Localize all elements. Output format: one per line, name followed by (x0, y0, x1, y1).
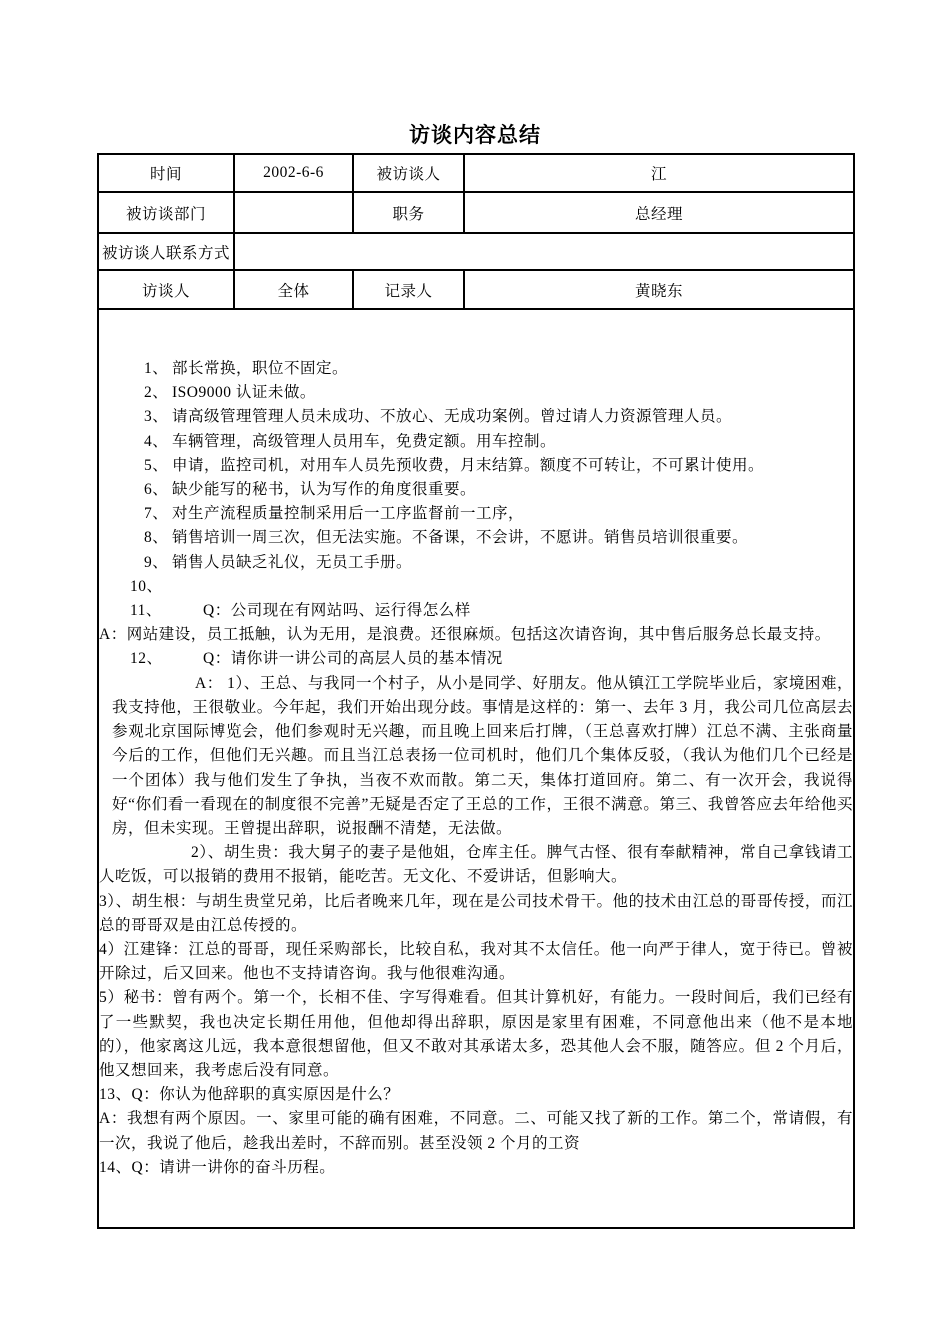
document-page: 访谈内容总结 时间 2002-6-6 被访谈人 江 被访谈部门 职务 总经理 被… (0, 0, 950, 1344)
item-text: ISO9000 认证未做。 (172, 384, 316, 401)
item-text: 13、Q：你认为他辞职的真实原因是什么？ (99, 1086, 399, 1103)
item-text: 对生产流程质量控制采用后一工序监督前一工序， (172, 505, 524, 522)
content-line: 2、ISO9000 认证未做。 (99, 381, 853, 405)
content-line: A： 1）、王总、与我同一个村子，从小是同学、好朋友。他从镇江工学院毕业后，家境… (112, 672, 853, 841)
interviewee-value: 江 (464, 154, 854, 192)
position-value: 总经理 (464, 192, 854, 233)
department-value (234, 192, 353, 233)
content-line: 8、销售培训一周三次，但无法实施。不备课，不会讲，不愿讲。销售员培训很重要。 (99, 526, 853, 550)
interview-summary-table: 时间 2002-6-6 被访谈人 江 被访谈部门 职务 总经理 被访谈人联系方式… (97, 153, 855, 1229)
item-text: 5）秘书：曾有两个。第一个，长相不佳、字写得难看。但其计算机好，有能力。一段时间… (99, 989, 853, 1079)
content-line: 2）、胡生贵：我大舅子的妻子是他姐，仓库主任。脾气古怪、很有奉献精神，常自己拿钱… (99, 841, 853, 889)
recorder-value: 黄晓东 (464, 270, 854, 309)
item-text: 部长常换，职位不固定。 (172, 360, 348, 377)
item-text: 销售培训一周三次，但无法实施。不备课，不会讲，不愿讲。销售员培训很重要。 (172, 529, 748, 546)
item-text: A：网站建设，员工抵触，认为无用，是浪费。还很麻烦。包括这次请咨询，其中售后服务… (99, 626, 831, 643)
content-line: 4）江建锋：江总的哥哥，现任采购部长，比较自私，我对其不太信任。他一向严于律人，… (99, 938, 853, 986)
item-text: 3）、胡生根：与胡生贵堂兄弟，比后者晚来几年，现在是公司技术骨干。他的技术由江总… (99, 893, 853, 934)
content-line: A：网站建设，员工抵触，认为无用，是浪费。还很麻烦。包括这次请咨询，其中售后服务… (99, 623, 853, 647)
content-line: 13、Q：你认为他辞职的真实原因是什么？ (99, 1083, 853, 1107)
content-line: 6、缺少能写的秘书，认为写作的角度很重要。 (99, 478, 853, 502)
content-line: 3、请高级管理管理人员未成功、不放心、无成功案例。曾过请人力资源管理人员。 (99, 405, 853, 429)
item-text: A： 1）、王总、与我同一个村子，从小是同学、好朋友。他从镇江工学院毕业后，家境… (112, 675, 853, 837)
table-row: 时间 2002-6-6 被访谈人 江 (98, 154, 854, 192)
table-row: 访谈人 全体 记录人 黄晓东 (98, 270, 854, 309)
item-text: 申请，监控司机，对用车人员先预收费，月末结算。额度不可转让，不可累计使用。 (172, 457, 764, 474)
recorder-label: 记录人 (353, 270, 464, 309)
content-line: 9、销售人员缺乏礼仪，无员工手册。 (99, 551, 853, 575)
item-number: 10、 (130, 578, 163, 595)
item-number: 11、 (130, 599, 203, 623)
time-value: 2002-6-6 (234, 154, 353, 192)
table-row: 1、部长常换，职位不固定。2、ISO9000 认证未做。3、请高级管理管理人员未… (98, 309, 854, 1228)
content-line: 4、车辆管理，高级管理人员用车，免费定额。用车控制。 (99, 430, 853, 454)
question-label: Q： (203, 650, 231, 667)
item-text: 4）江建锋：江总的哥哥，现任采购部长，比较自私，我对其不太信任。他一向严于律人，… (99, 941, 853, 982)
item-number: 1、 (144, 357, 172, 381)
item-number: 9、 (144, 551, 172, 575)
item-number: 2、 (144, 381, 172, 405)
content-line: 5、申请，监控司机，对用车人员先预收费，月末结算。额度不可转让，不可累计使用。 (99, 454, 853, 478)
question-label: Q： (203, 602, 231, 619)
position-label: 职务 (353, 192, 464, 233)
content-line: 5）秘书：曾有两个。第一个，长相不佳、字写得难看。但其计算机好，有能力。一段时间… (99, 986, 853, 1083)
item-number: 8、 (144, 526, 172, 550)
department-label: 被访谈部门 (98, 192, 234, 233)
item-text: 公司现在有网站吗、运行得怎么样 (231, 602, 471, 619)
item-text: 车辆管理，高级管理人员用车，免费定额。用车控制。 (172, 433, 556, 450)
interviewer-label: 访谈人 (98, 270, 234, 309)
item-number: 7、 (144, 502, 172, 526)
table-row: 被访谈部门 职务 总经理 (98, 192, 854, 233)
item-number: 12、 (130, 647, 203, 671)
content-line: 12、Q：请你讲一讲公司的高层人员的基本情况 (99, 647, 853, 671)
item-number: 6、 (144, 478, 172, 502)
item-number: 5、 (144, 454, 172, 478)
content-line: 14、Q：请讲一讲你的奋斗历程。 (99, 1156, 853, 1180)
item-text: 销售人员缺乏礼仪，无员工手册。 (172, 554, 412, 571)
content-line: 11、Q：公司现在有网站吗、运行得怎么样 (99, 599, 853, 623)
contact-label: 被访谈人联系方式 (98, 233, 234, 270)
item-text: 14、Q：请讲一讲你的奋斗历程。 (99, 1159, 335, 1176)
interviewer-value: 全体 (234, 270, 353, 309)
table-row: 被访谈人联系方式 (98, 233, 854, 270)
item-text: 请你讲一讲公司的高层人员的基本情况 (231, 650, 503, 667)
interviewee-label: 被访谈人 (353, 154, 464, 192)
content-line: A：我想有两个原因。一、家里可能的确有困难，不同意。二、可能又找了新的工作。第二… (99, 1107, 853, 1155)
content-line: 7、对生产流程质量控制采用后一工序监督前一工序， (99, 502, 853, 526)
content-cell: 1、部长常换，职位不固定。2、ISO9000 认证未做。3、请高级管理管理人员未… (98, 309, 854, 1228)
item-number: 3、 (144, 405, 172, 429)
content-line: 3）、胡生根：与胡生贵堂兄弟，比后者晚来几年，现在是公司技术骨干。他的技术由江总… (99, 890, 853, 938)
content-line: 10、 (99, 575, 853, 599)
item-text: 2）、胡生贵：我大舅子的妻子是他姐，仓库主任。脾气古怪、很有奉献精神，常自己拿钱… (99, 844, 853, 885)
item-number: 4、 (144, 430, 172, 454)
time-label: 时间 (98, 154, 234, 192)
content-line: 1、部长常换，职位不固定。 (99, 357, 853, 381)
item-text: 缺少能写的秘书，认为写作的角度很重要。 (172, 481, 476, 498)
page-title: 访谈内容总结 (0, 0, 950, 153)
item-text: A：我想有两个原因。一、家里可能的确有困难，不同意。二、可能又找了新的工作。第二… (99, 1110, 853, 1151)
item-text: 请高级管理管理人员未成功、不放心、无成功案例。曾过请人力资源管理人员。 (172, 408, 732, 425)
contact-value (234, 233, 854, 270)
